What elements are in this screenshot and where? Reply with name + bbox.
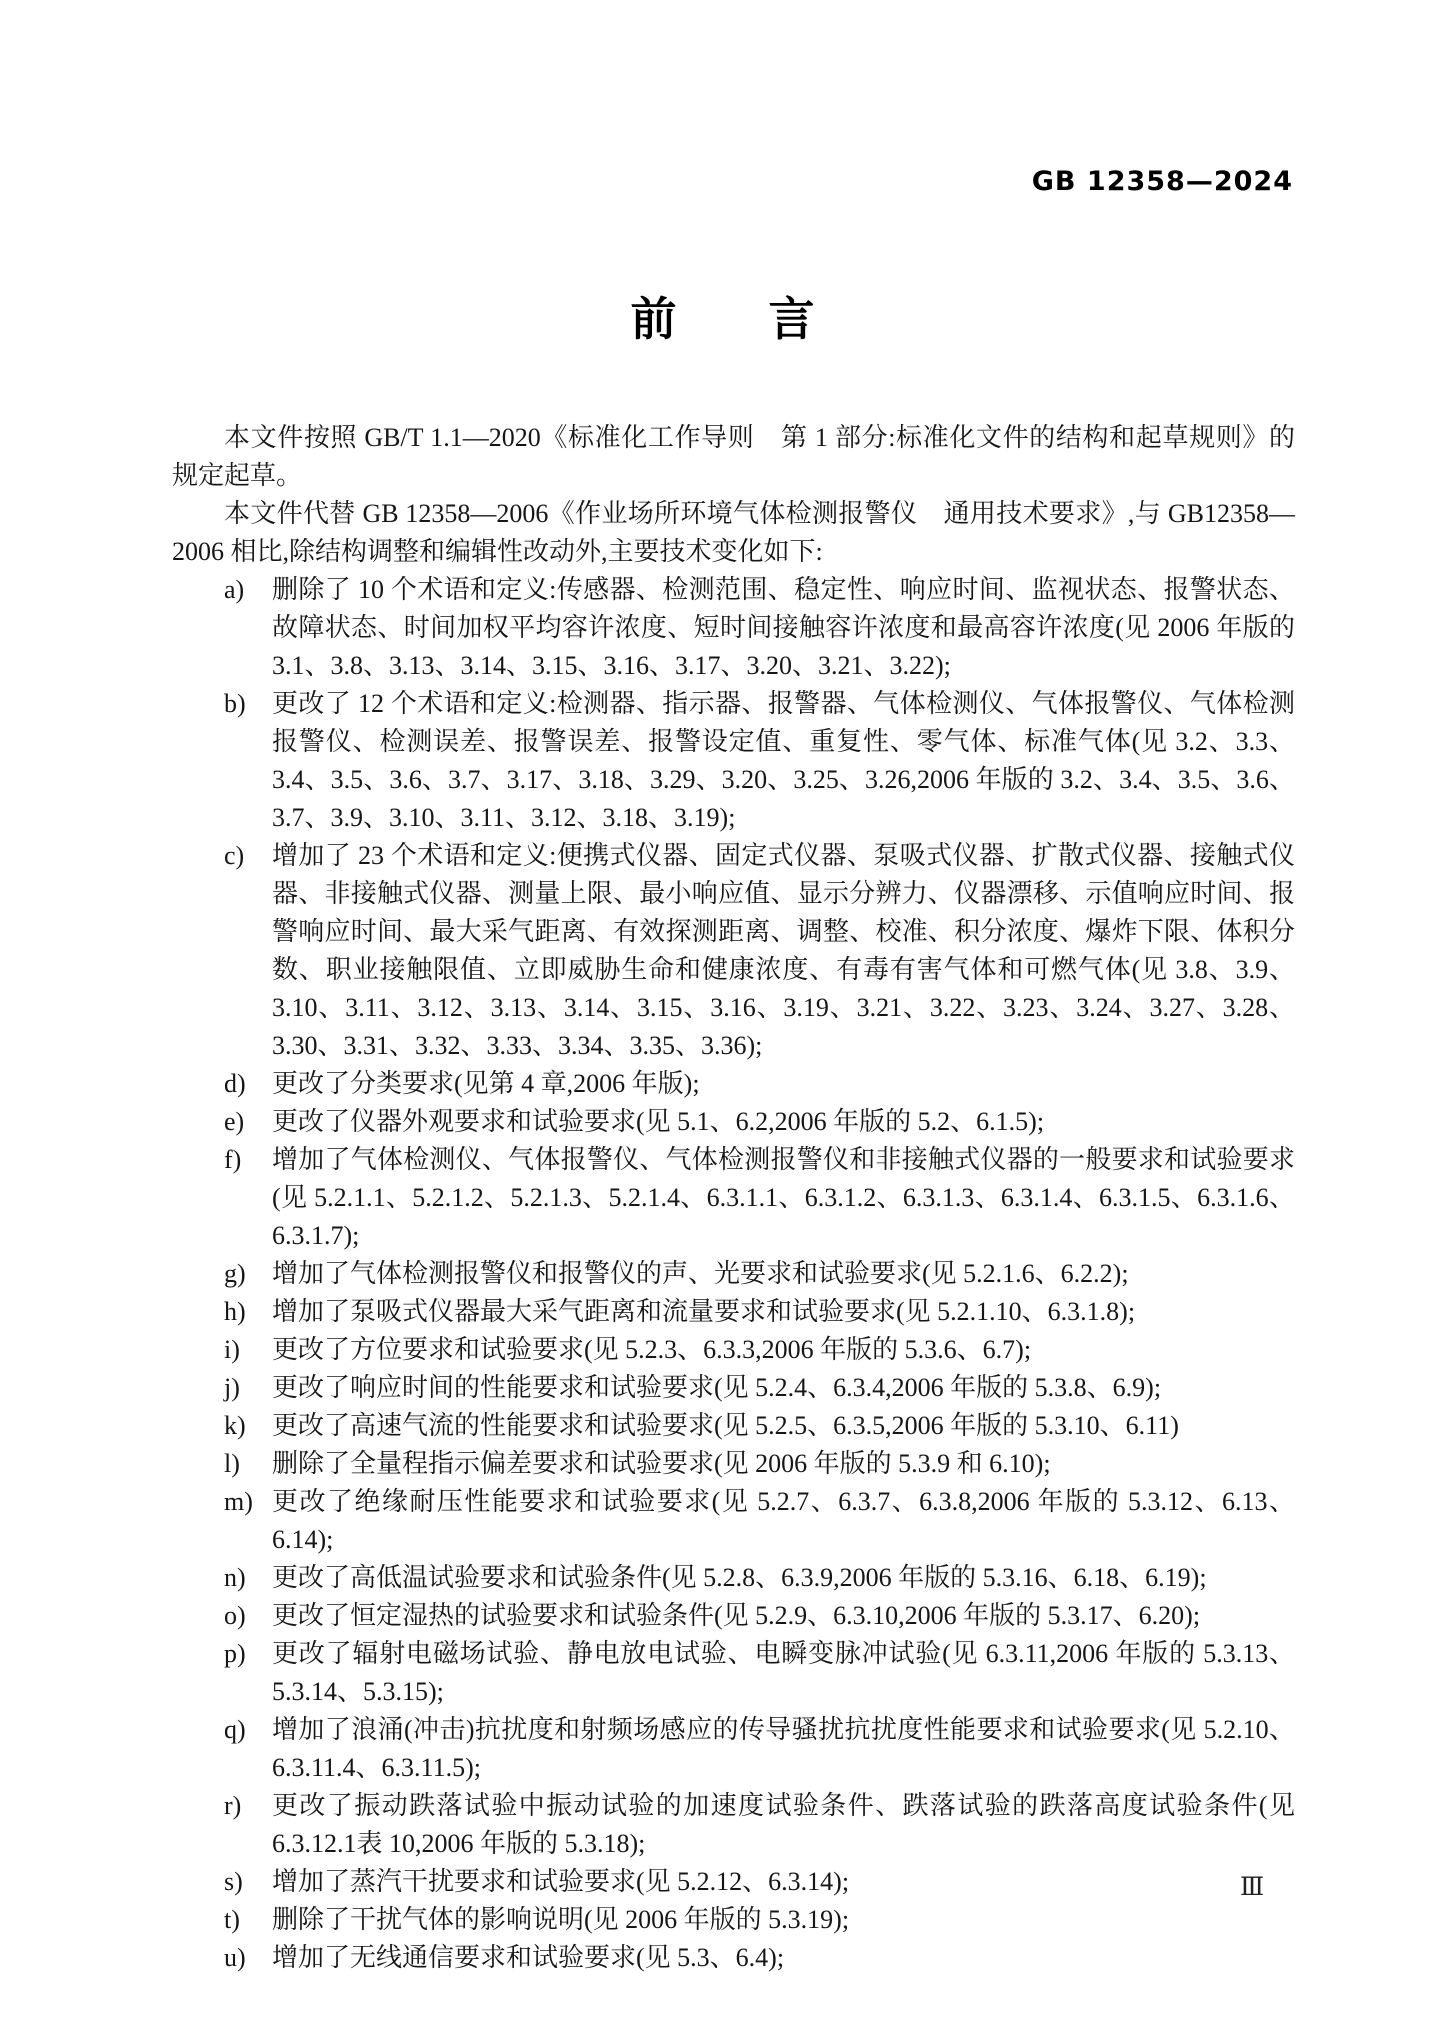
change-item-label: e) xyxy=(224,1103,244,1141)
change-item: q)增加了浪涌(冲击)抗扰度和射频场感应的传导骚扰抗扰度性能要求和试验要求(见 … xyxy=(172,1711,1295,1787)
change-item: m)更改了绝缘耐压性能要求和试验要求(见 5.2.7、6.3.7、6.3.8,2… xyxy=(172,1483,1295,1559)
change-item-label: c) xyxy=(224,837,244,875)
change-item-label: h) xyxy=(224,1293,246,1331)
change-item-label: n) xyxy=(224,1559,246,1597)
change-item: a)删除了 10 个术语和定义:传感器、检测范围、稳定性、响应时间、监视状态、报… xyxy=(172,571,1295,685)
change-item-label: g) xyxy=(224,1255,246,1293)
change-item-label: k) xyxy=(224,1407,246,1445)
change-item: o)更改了恒定湿热的试验要求和试验条件(见 5.2.9、6.3.10,2006 … xyxy=(172,1597,1295,1635)
foreword-paragraph: 本文件按照 GB/T 1.1—2020《标准化工作导则 第 1 部分:标准化文件… xyxy=(172,419,1295,495)
change-item-label: r) xyxy=(224,1787,241,1825)
standard-code: GB 12358—2024 xyxy=(1032,166,1293,197)
change-item-label: p) xyxy=(224,1635,246,1673)
change-item-label: l) xyxy=(224,1445,240,1483)
change-item: g)增加了气体检测报警仪和报警仪的声、光要求和试验要求(见 5.2.1.6、6.… xyxy=(172,1255,1295,1293)
change-item-text: 增加了无线通信要求和试验要求(见 5.3、6.4); xyxy=(272,1943,784,1972)
change-item-text: 增加了泵吸式仪器最大采气距离和流量要求和试验要求(见 5.2.1.10、6.3.… xyxy=(272,1297,1135,1326)
change-item-text: 更改了振动跌落试验中振动试验的加速度试验条件、跌落试验的跌落高度试验条件(见 6… xyxy=(272,1791,1295,1858)
change-item-text: 更改了恒定湿热的试验要求和试验条件(见 5.2.9、6.3.10,2006 年版… xyxy=(272,1601,1200,1630)
change-item-text: 增加了 23 个术语和定义:便携式仪器、固定式仪器、泵吸式仪器、扩散式仪器、接触… xyxy=(272,841,1295,1060)
change-item: r)更改了振动跌落试验中振动试验的加速度试验条件、跌落试验的跌落高度试验条件(见… xyxy=(172,1787,1295,1863)
change-item-text: 增加了气体检测仪、气体报警仪、气体检测报警仪和非接触式仪器的一般要求和试验要求(… xyxy=(272,1145,1295,1250)
foreword-paragraphs: 本文件按照 GB/T 1.1—2020《标准化工作导则 第 1 部分:标准化文件… xyxy=(172,419,1295,571)
foreword-content: 本文件按照 GB/T 1.1—2020《标准化工作导则 第 1 部分:标准化文件… xyxy=(172,419,1295,1977)
change-item-label: s) xyxy=(224,1863,243,1901)
change-item-text: 更改了高速气流的性能要求和试验要求(见 5.2.5、6.3.5,2006 年版的… xyxy=(272,1411,1179,1440)
change-item: d)更改了分类要求(见第 4 章,2006 年版); xyxy=(172,1065,1295,1103)
change-item: b)更改了 12 个术语和定义:检测器、指示器、报警器、气体检测仪、气体报警仪、… xyxy=(172,685,1295,837)
change-item-text: 更改了高低温试验要求和试验条件(见 5.2.8、6.3.9,2006 年版的 5… xyxy=(272,1563,1207,1592)
change-item-label: a) xyxy=(224,571,244,609)
document-page: GB 12358—2024 前 言 本文件按照 GB/T 1.1—2020《标准… xyxy=(0,0,1445,2044)
change-item-text: 更改了 12 个术语和定义:检测器、指示器、报警器、气体检测仪、气体报警仪、气体… xyxy=(272,689,1295,832)
change-item-label: j) xyxy=(224,1369,240,1407)
change-item-text: 增加了浪涌(冲击)抗扰度和射频场感应的传导骚扰抗扰度性能要求和试验要求(见 5.… xyxy=(272,1715,1295,1782)
change-item: j)更改了响应时间的性能要求和试验要求(见 5.2.4、6.3.4,2006 年… xyxy=(172,1369,1295,1407)
change-item-text: 删除了干扰气体的影响说明(见 2006 年版的 5.3.19); xyxy=(272,1905,849,1934)
change-item: u)增加了无线通信要求和试验要求(见 5.3、6.4); xyxy=(172,1939,1295,1977)
change-item-text: 删除了全量程指示偏差要求和试验要求(见 2006 年版的 5.3.9 和 6.1… xyxy=(272,1449,1051,1478)
change-item: f)增加了气体检测仪、气体报警仪、气体检测报警仪和非接触式仪器的一般要求和试验要… xyxy=(172,1141,1295,1255)
change-list: a)删除了 10 个术语和定义:传感器、检测范围、稳定性、响应时间、监视状态、报… xyxy=(172,571,1295,1977)
change-item-label: q) xyxy=(224,1711,246,1749)
change-item-text: 更改了绝缘耐压性能要求和试验要求(见 5.2.7、6.3.7、6.3.8,200… xyxy=(272,1487,1295,1554)
document-title: 前 言 xyxy=(0,294,1445,344)
change-item-label: f) xyxy=(224,1141,241,1179)
change-item: e)更改了仪器外观要求和试验要求(见 5.1、6.2,2006 年版的 5.2、… xyxy=(172,1103,1295,1141)
page-number: Ⅲ xyxy=(1240,1872,1264,1902)
change-item-label: d) xyxy=(224,1065,246,1103)
change-item-text: 更改了分类要求(见第 4 章,2006 年版); xyxy=(272,1069,700,1098)
change-item: t)删除了干扰气体的影响说明(见 2006 年版的 5.3.19); xyxy=(172,1901,1295,1939)
change-item-text: 更改了方位要求和试验要求(见 5.2.3、6.3.3,2006 年版的 5.3.… xyxy=(272,1335,1031,1364)
change-item-text: 增加了气体检测报警仪和报警仪的声、光要求和试验要求(见 5.2.1.6、6.2.… xyxy=(272,1259,1129,1288)
change-item-label: m) xyxy=(224,1483,253,1521)
change-item: i)更改了方位要求和试验要求(见 5.2.3、6.3.3,2006 年版的 5.… xyxy=(172,1331,1295,1369)
foreword-paragraph: 本文件代替 GB 12358—2006《作业场所环境气体检测报警仪 通用技术要求… xyxy=(172,495,1295,571)
change-item-text: 更改了仪器外观要求和试验要求(见 5.1、6.2,2006 年版的 5.2、6.… xyxy=(272,1107,1044,1136)
change-item-text: 增加了蒸汽干扰要求和试验要求(见 5.2.12、6.3.14); xyxy=(272,1867,849,1896)
change-item-text: 删除了 10 个术语和定义:传感器、检测范围、稳定性、响应时间、监视状态、报警状… xyxy=(272,575,1295,680)
change-item-label: b) xyxy=(224,685,246,723)
change-item-text: 更改了响应时间的性能要求和试验要求(见 5.2.4、6.3.4,2006 年版的… xyxy=(272,1373,1161,1402)
change-item-label: o) xyxy=(224,1597,246,1635)
change-item-label: i) xyxy=(224,1331,240,1369)
change-item-text: 更改了辐射电磁场试验、静电放电试验、电瞬变脉冲试验(见 6.3.11,2006 … xyxy=(272,1639,1295,1706)
change-item-label: t) xyxy=(224,1901,240,1939)
change-item: k)更改了高速气流的性能要求和试验要求(见 5.2.5、6.3.5,2006 年… xyxy=(172,1407,1295,1445)
change-item: h)增加了泵吸式仪器最大采气距离和流量要求和试验要求(见 5.2.1.10、6.… xyxy=(172,1293,1295,1331)
change-item: s)增加了蒸汽干扰要求和试验要求(见 5.2.12、6.3.14); xyxy=(172,1863,1295,1901)
change-item: n)更改了高低温试验要求和试验条件(见 5.2.8、6.3.9,2006 年版的… xyxy=(172,1559,1295,1597)
change-item: l)删除了全量程指示偏差要求和试验要求(见 2006 年版的 5.3.9 和 6… xyxy=(172,1445,1295,1483)
change-item: p)更改了辐射电磁场试验、静电放电试验、电瞬变脉冲试验(见 6.3.11,200… xyxy=(172,1635,1295,1711)
change-item: c)增加了 23 个术语和定义:便携式仪器、固定式仪器、泵吸式仪器、扩散式仪器、… xyxy=(172,837,1295,1065)
change-item-label: u) xyxy=(224,1939,246,1977)
